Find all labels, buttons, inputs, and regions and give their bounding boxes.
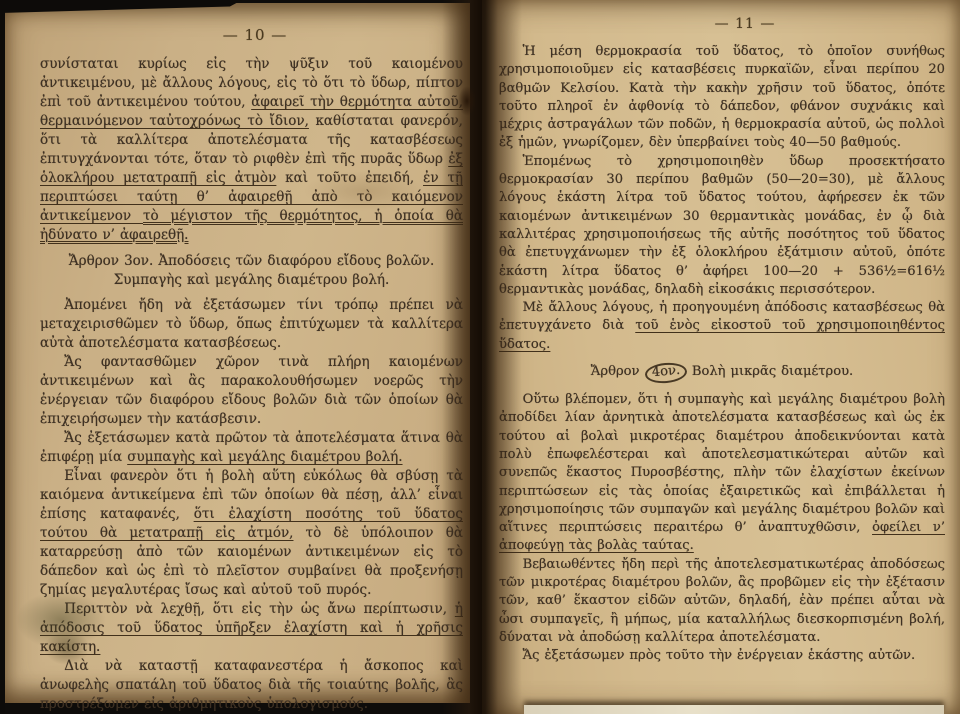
page-number-11: — 11 — — [506, 16, 960, 32]
ink-spot — [458, 86, 476, 116]
article-4-heading: Ἄρθρον4ον.Βολὴ μικρᾶς διαμέτρου. — [499, 363, 945, 383]
text-run: Βεβαιωθέντες ἤδη περὶ τῆς ἀποτελεσματικω… — [499, 557, 945, 645]
article-3-heading: Ἄρθρον 3ον. Ἀποδόσεις τῶν διαφόρου εἴδου… — [40, 252, 463, 290]
page-number-text: — 10 — — [223, 26, 288, 44]
text-run: Ἄς φαντασθῶμεν χῶρον τινὰ πλήρη καιομένω… — [40, 354, 463, 427]
paragraph: Διὰ νὰ καταστῇ καταφανεστέρα ἡ ἄσκοπος κ… — [40, 657, 463, 714]
paragraph: Ἡ μέση θερμοκρασία τοῦ ὕδατος, τὸ ὁποῖον… — [499, 43, 945, 153]
paragraph: Ἀπομένει ἤδη νὰ ἐξετάσωμεν τίνι τρόπῳ πρ… — [40, 296, 463, 353]
paragraph: Μὲ ἄλλους λόγους, ἡ προηγουμένη ἀπόδοσις… — [499, 299, 945, 354]
text-run: Ἡ μέση θερμοκρασία τοῦ ὕδατος, τὸ ὁποῖον… — [499, 44, 945, 150]
article-3-heading-line2: Συμπαγὴς καὶ μεγάλης διαμέτρου βολή. — [40, 271, 463, 290]
text-run: Ἀπομένει ἤδη νὰ ἐξετάσωμεν τίνι τρόπῳ πρ… — [40, 297, 463, 351]
article-3-heading-line1: Ἄρθρον 3ον. Ἀποδόσεις τῶν διαφόρου εἴδου… — [40, 252, 463, 271]
text-run: καὶ τοῦτο ἐπειδή, — [276, 170, 423, 186]
article-heading-rest: Βολὴ μικρᾶς διαμέτρου. — [692, 364, 853, 379]
scan-edge-shadow-left — [0, 0, 5, 714]
paragraph: Οὕτω βλέπομεν, ὅτι ἡ συμπαγὴς καὶ μεγάλη… — [499, 391, 945, 556]
book-page-10: — 10 — συνίσταται κυρίως εἰς τὴν ψῦξιν τ… — [4, 3, 470, 703]
text-run: Περιττὸν νὰ λεχθῇ, ὅτι εἰς τὴν ὡς ἄνω πε… — [64, 601, 455, 617]
paragraph: Ἄς φαντασθῶμεν χῶρον τινὰ πλήρη καιομένω… — [40, 353, 463, 429]
underlined-text-run: συμπαγὴς καὶ μεγάλης διαμέτρου βολή. — [127, 449, 402, 465]
paragraph: Εἶναι φανερὸν ὅτι ἡ βολὴ αὕτη εὐκόλως θὰ… — [40, 467, 463, 600]
paragraph: Ἄς ἐξετάσωμεν πρὸς τοῦτο τὴν ἐνέργειαν ἑ… — [499, 647, 945, 665]
text-run: Διὰ νὰ καταστῇ καταφανεστέρα ἡ ἄσκοπος κ… — [40, 658, 463, 712]
page-edge-highlight-bottom — [524, 705, 944, 714]
page-11-text-block: Ἡ μέση θερμοκρασία τοῦ ὕδατος, τὸ ὁποῖον… — [499, 43, 945, 666]
paragraph: Ἄς ἐξετάσωμεν κατὰ πρῶτον τὰ ἀποτελέσματ… — [40, 429, 463, 467]
book-page-11: — 11 — Ἡ μέση θερμοκρασία τοῦ ὕδατος, τὸ… — [482, 0, 960, 714]
book-scan: — 10 — συνίσταται κυρίως εἰς τὴν ψῦξιν τ… — [0, 0, 960, 714]
text-run: Οὕτω βλέπομεν, ὅτι ἡ συμπαγὴς καὶ μεγάλη… — [499, 392, 945, 535]
paragraph: Βεβαιωθέντες ἤδη περὶ τῆς ἀποτελεσματικω… — [499, 556, 945, 647]
text-run: Ἑπομένως τὸ χρησιμοποιηθὲν ὕδωρ προσεκτή… — [499, 154, 945, 297]
paragraph: Περιττὸν νὰ λεχθῇ, ὅτι εἰς τὴν ὡς ἄνω πε… — [40, 600, 463, 657]
page-number-10: — 10 — — [22, 26, 488, 44]
page-number-text: — 11 — — [715, 16, 776, 32]
paragraph: Ἑπομένως τὸ χρησιμοποιηθὲν ὕδωρ προσεκτή… — [499, 153, 945, 299]
page-10-text-block: συνίσταται κυρίως εἰς τὴν ψῦξιν τοῦ καιο… — [40, 55, 463, 714]
text-run: Ἄς ἐξετάσωμεν πρὸς τοῦτο τὴν ἐνέργειαν ἑ… — [523, 648, 916, 663]
circled-annotation: 4ον. — [644, 361, 688, 385]
article-heading-prefix: Ἄρθρον — [591, 364, 640, 379]
paragraph: συνίσταται κυρίως εἰς τὴν ψῦξιν τοῦ καιο… — [40, 55, 463, 245]
